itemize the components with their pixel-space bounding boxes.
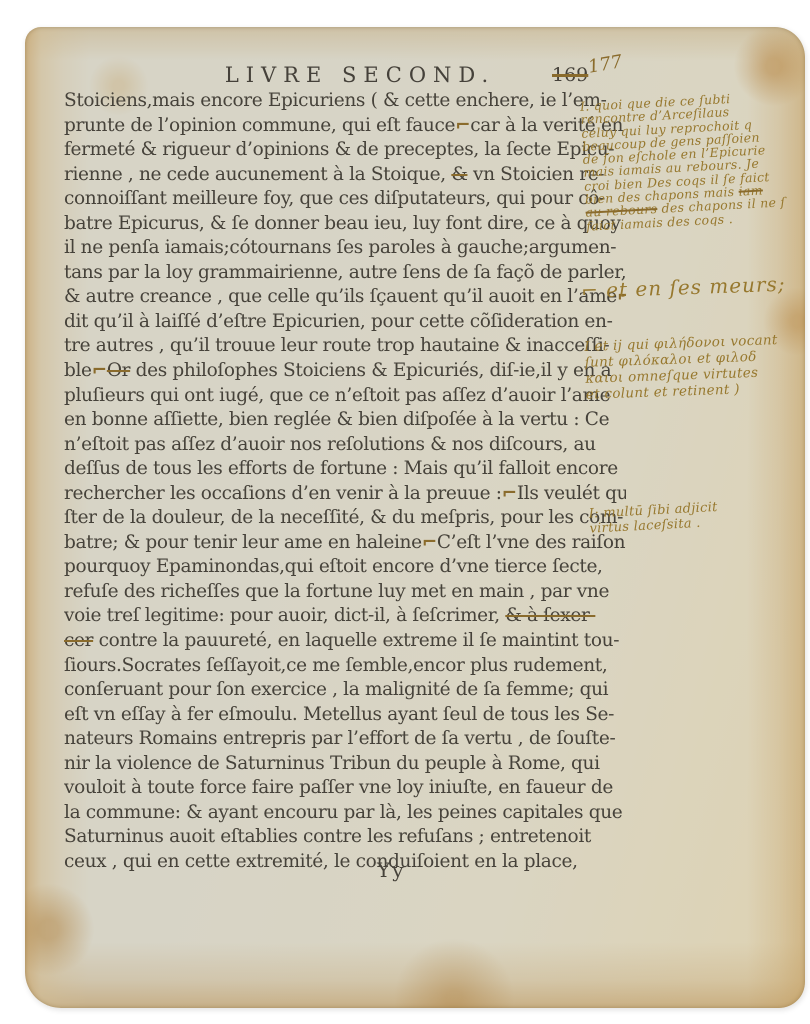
text-segment: Ils veulét que-	[517, 483, 626, 504]
text-line: pluſieurs qui ont iugé, que ce n’eſtoit …	[64, 384, 626, 409]
text-line: nateurs Romains entrepris par l’effort d…	[64, 727, 626, 752]
struck-text: cer	[64, 630, 93, 651]
book-page: LIVRE SECOND. 169 177 Stoiciens,mais enc…	[25, 27, 805, 1008]
text-segment: contre la pauureté, en laquelle extreme …	[93, 630, 619, 651]
insertion-mark: ⌐	[455, 115, 470, 136]
insertion-mark: ⌐	[422, 532, 437, 553]
text-segment: ble	[64, 360, 92, 381]
text-segment: batre; & pour tenir leur ame en haleine	[64, 532, 422, 553]
margin-annotation-philedonoi: I et ij qui φιλήδονοι vocantſunt φιλόκαλ…	[584, 331, 805, 403]
text-line: rechercher les occaſions d’en venir à la…	[64, 482, 626, 507]
struck-text: & à ſexer-	[505, 605, 595, 626]
signature-mark: Yy	[377, 858, 406, 882]
text-line: connoiſſant meilleure foy, que ces diſpu…	[64, 187, 626, 212]
text-line: tre autres , qu’il trouue leur route tro…	[64, 334, 626, 359]
text-line: Stoiciens,mais encore Epicuriens ( & cet…	[64, 89, 626, 114]
text-segment: prunte de l’opinion commune, qui eſt fau…	[64, 115, 455, 136]
text-line: nir la violence de Saturninus Tribun du …	[64, 752, 626, 777]
text-line: eſt vn eſſay à fer eſmoulu. Metellus aya…	[64, 703, 626, 728]
text-line: il ne penſa iamais;cótournans ſes parole…	[64, 236, 626, 261]
margin-annotation-coqs: I. quoi que die ce ſubtirencontre d’Arce…	[580, 88, 805, 232]
struck-text: Or	[107, 360, 130, 381]
text-segment: rienne , ne cede aucunement à la Stoique…	[64, 164, 451, 185]
text-line: pourquoy Epaminondas,qui eſtoit encore d…	[64, 555, 626, 580]
text-segment: voie treſ legitime: pour auoir, dict-il,…	[64, 605, 505, 626]
text-line: ſiours.Socrates ſeſſayoit,ce me ſemble,e…	[64, 654, 626, 679]
insertion-mark: ⌐	[502, 483, 517, 504]
text-line: ceux , qui en cette extremité, le condui…	[64, 850, 626, 875]
text-line: prunte de l’opinion commune, qui eſt fau…	[64, 114, 626, 139]
text-line: deſſus de tous les efforts de fortune : …	[64, 457, 626, 482]
text-line: rienne , ne cede aucunement à la Stoique…	[64, 163, 626, 188]
text-line: vouloit à toute force faire paſſer vne l…	[64, 776, 626, 801]
text-line: ſter de la douleur, de la neceſſité, & d…	[64, 506, 626, 531]
text-line: en bonne aſſiette, bien reglée & bien di…	[64, 408, 626, 433]
text-line: & autre creance , que celle qu’ils ſçaue…	[64, 285, 626, 310]
text-line: Saturninus auoit eſtablies contre les re…	[64, 825, 626, 850]
text-line: ble⌐Or des philoſophes Stoiciens & Epicu…	[64, 359, 626, 384]
text-segment: des philoſophes Stoiciens & Epicuriés, d…	[130, 360, 611, 381]
text-segment: & autre creance , que celle qu’ils ſçaue…	[64, 286, 617, 307]
text-line: n’eſtoit pas aſſez d’auoir nos reſolutio…	[64, 433, 626, 458]
text-line: tans par la loy grammairienne, autre ſen…	[64, 261, 626, 286]
text-line: la commune: & ayant encouru par là, les …	[64, 801, 626, 826]
text-line: conſeruant pour ſon exercice , la malign…	[64, 678, 626, 703]
text-line: voie treſ legitime: pour auoir, dict-il,…	[64, 604, 626, 629]
text-line: dit qu’il à laiſſé d’eſtre Epicurien, po…	[64, 310, 626, 335]
page-number-printed: 169	[552, 64, 588, 86]
struck-text: &	[451, 164, 467, 185]
text-line: refuſe des richeſſes que la fortune luy …	[64, 580, 626, 605]
text-line: fermeté & rigueur d’opinions & de precep…	[64, 138, 626, 163]
text-line: batre; & pour tenir leur ame en haleine⌐…	[64, 531, 626, 556]
scanned-book-photo: LIVRE SECOND. 169 177 Stoiciens,mais enc…	[0, 0, 810, 1024]
text-line: batre Epicurus, & ſe donner beau ieu, lu…	[64, 212, 626, 237]
text-line: cer contre la pauureté, en laquelle extr…	[64, 629, 626, 654]
body-text: Stoiciens,mais encore Epicuriens ( & cet…	[64, 89, 626, 879]
insertion-mark: ⌐	[92, 360, 107, 381]
text-segment: rechercher les occaſions d’en venir à la…	[64, 483, 502, 504]
